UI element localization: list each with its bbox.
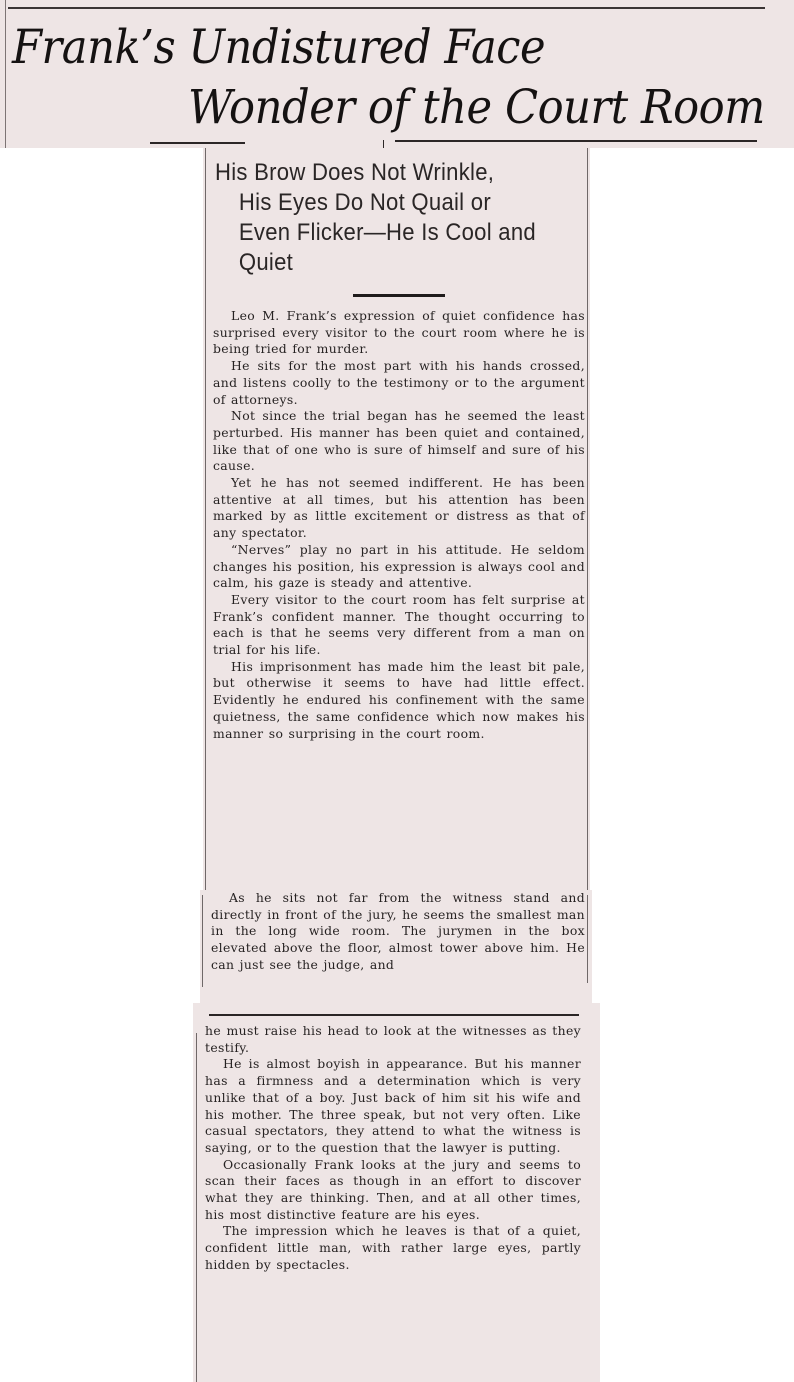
paragraph: Every visitor to the court room has felt…: [213, 592, 585, 659]
column-border-right: [587, 148, 588, 890]
headline-tick: [383, 140, 384, 148]
article-column-2: he must raise his head to look at the wi…: [193, 1003, 600, 1382]
article-column-1: His Brow Does Not Wrinkle, His Eyes Do N…: [203, 148, 590, 890]
headline-line-2: Wonder of the Court Room: [188, 80, 765, 135]
deck-line: His Eyes Do Not Quail or: [215, 188, 555, 218]
deck-line: Quiet: [215, 248, 555, 278]
column-top-rule: [209, 1014, 579, 1016]
top-rule: [8, 7, 765, 9]
headline-rule-left: [150, 142, 245, 144]
deck-rule: [353, 294, 445, 297]
article-column-1-continued: As he sits not far from the witness stan…: [200, 890, 592, 1003]
headline-clipping: Frank’s Undistured Face Wonder of the Co…: [0, 0, 794, 148]
deck-line: His Brow Does Not Wrinkle,: [215, 158, 555, 188]
article-body-col1: Leo M. Frank’s expression of quiet confi…: [213, 308, 585, 742]
paragraph: Yet he has not seemed indifferent. He ha…: [213, 475, 585, 542]
headline-rule-right: [395, 140, 757, 142]
paragraph: Occasionally Frank looks at the jury and…: [205, 1157, 581, 1224]
paragraph: He sits for the most part with his hands…: [213, 358, 585, 408]
subheadline-deck: His Brow Does Not Wrinkle, His Eyes Do N…: [215, 158, 555, 278]
column-border-left: [196, 1033, 197, 1382]
paragraph: Not since the trial began has he seemed …: [213, 408, 585, 475]
paragraph: “Nerves” play no part in his attitude. H…: [213, 542, 585, 592]
deck-line: Even Flicker—He Is Cool and: [215, 218, 555, 248]
column-border-left: [205, 148, 206, 890]
paragraph-continuation: he must raise his head to look at the wi…: [205, 1023, 581, 1056]
column-border-right: [587, 895, 588, 983]
headline-line-1: Frank’s Undistured Face: [12, 20, 545, 75]
paragraph: His imprisonment has made him the least …: [213, 659, 585, 743]
paragraph: Leo M. Frank’s expression of quiet confi…: [213, 308, 585, 358]
paragraph: As he sits not far from the witness stan…: [211, 890, 585, 974]
article-body-col2: he must raise his head to look at the wi…: [205, 1023, 581, 1274]
paragraph: The impression which he leaves is that o…: [205, 1223, 581, 1273]
column-divider: [5, 0, 6, 148]
article-body-col1b: As he sits not far from the witness stan…: [211, 890, 585, 974]
paragraph: He is almost boyish in appearance. But h…: [205, 1056, 581, 1156]
column-border-left: [202, 895, 203, 987]
